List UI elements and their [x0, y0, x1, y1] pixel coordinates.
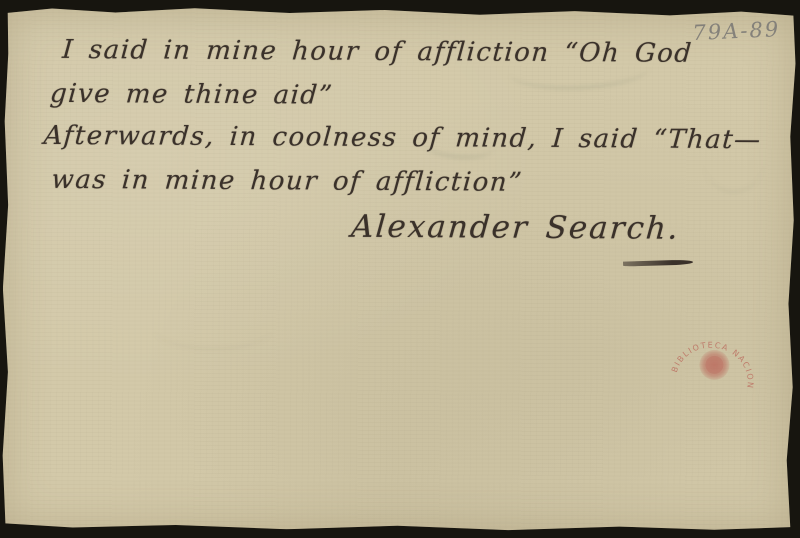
- handwriting-line-1: I said in mine hour of affliction “Oh Go…: [61, 35, 694, 69]
- handwriting-line-4: was in mine hour of affliction”: [50, 165, 524, 198]
- handwriting-line-3: Afterwards, in coolness of mind, I said …: [43, 121, 763, 155]
- scan-background: 79A-89 I said in mine hour of affliction…: [0, 0, 800, 538]
- ink-showthrough: [153, 307, 273, 350]
- manuscript-paper: 79A-89 I said in mine hour of affliction…: [1, 7, 796, 534]
- archive-code-annotation: 79A-89: [692, 17, 781, 45]
- handwriting-line-2: give me thine aid”: [49, 79, 335, 111]
- library-stamp: BIBLIOTECA NACIONAL: [660, 316, 768, 414]
- signature-underline-flourish: [623, 260, 693, 267]
- signature: Alexander Search.: [350, 209, 681, 247]
